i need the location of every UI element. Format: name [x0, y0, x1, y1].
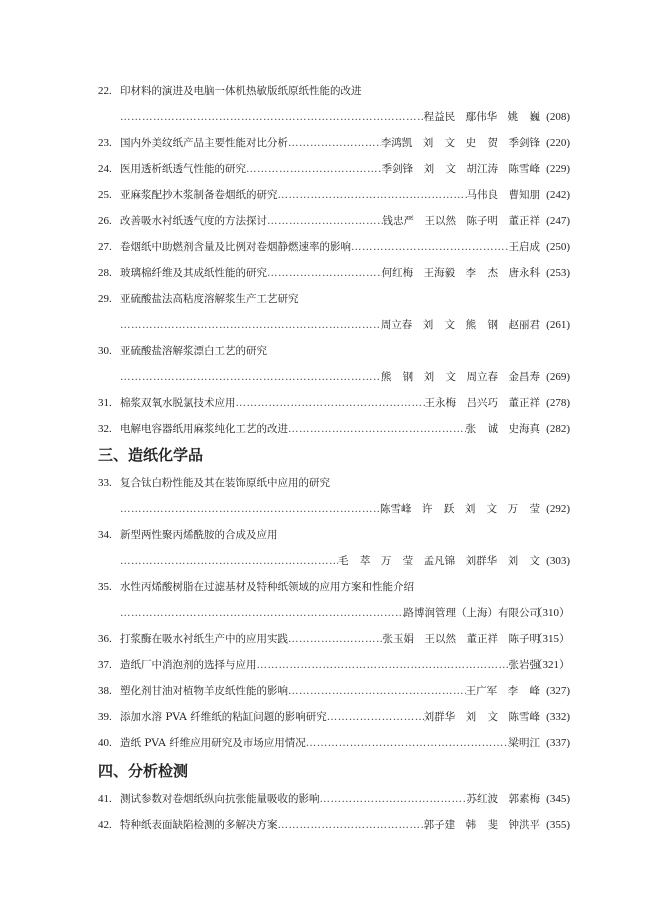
entry-number: 29. — [98, 290, 112, 308]
entry-page: (229) — [546, 160, 570, 178]
toc-entry-31[interactable]: 31. 棉浆双氧水脱氯技术应用王永梅 吕兴巧 董正祥 (278) — [0, 394, 650, 412]
leader-dots — [120, 552, 338, 570]
leader-dots — [288, 630, 383, 648]
leader-dots — [278, 186, 467, 204]
entry-authors: 毛 萃 万 莹 孟凡锦 刘群华 刘 文 — [338, 552, 540, 570]
entry-number: 34. — [98, 526, 112, 544]
entry-number: 39. — [98, 708, 112, 726]
entry-number: 32. — [98, 420, 112, 438]
entry-title: 水性丙烯酸树脂在过滤基材及特种纸领域的应用方案和性能介绍 — [120, 578, 414, 596]
entry-title: 玻璃棉纤维及其成纸性能的研究 — [120, 264, 267, 282]
toc-entry-35-authors: 路博润管理（上海）有限公司 （310） — [0, 604, 650, 622]
entry-authors: 刘群华 刘 文 陈雪峰 — [424, 708, 540, 726]
toc-entry-37[interactable]: 37. 造纸厂中消泡剂的选择与应用张岩强 （321） — [0, 656, 650, 674]
toc-entry-22-authors: 程益民 鄢伟华 姚 巍 (208) — [0, 108, 650, 126]
entry-authors: 梁明江 — [509, 734, 541, 752]
entry-number: 41. — [98, 790, 112, 808]
entry-number: 24. — [98, 160, 112, 178]
entry-page: (345) — [546, 790, 570, 808]
leader-dots — [306, 734, 509, 752]
leader-dots — [120, 316, 381, 334]
entry-title: 国内外美纹纸产品主要性能对比分析 — [120, 134, 288, 152]
entry-title: 亚硫酸盐法高粘度溶解浆生产工艺研究 — [120, 290, 299, 308]
entry-number: 25. — [98, 186, 112, 204]
entry-page: (355) — [546, 816, 570, 834]
toc-entry-34[interactable]: 34. 新型两性聚丙烯酰胺的合成及应用 — [0, 526, 650, 544]
entry-number: 36. — [98, 630, 112, 648]
toc-entry-42[interactable]: 42. 特种纸表面缺陷检测的多解决方案郭子建 韩 斐 钟洪平 (355) — [0, 816, 650, 834]
leader-dots — [120, 368, 381, 386]
leader-dots — [288, 682, 466, 700]
entry-page: (278) — [546, 394, 570, 412]
entry-title: 塑化剂甘油对植物羊皮纸性能的影响 — [120, 682, 288, 700]
entry-authors: 季剑锋 刘 文 胡江涛 陈雪峰 — [382, 160, 540, 178]
entry-authors: 陈雪峰 许 跃 刘 文 万 莹 — [380, 500, 540, 518]
leader-dots — [120, 108, 424, 126]
toc-entry-27[interactable]: 27. 卷烟纸中助燃剂含量及比例对卷烟静燃速率的影响王启成 (250) — [0, 238, 650, 256]
entry-authors: 马伟良 曹知朋 — [467, 186, 541, 204]
entry-authors: 王启成 — [509, 238, 541, 256]
toc-entry-33-authors: 陈雪峰 许 跃 刘 文 万 莹 (292) — [0, 500, 650, 518]
toc-entry-24[interactable]: 24. 医用透析纸透气性能的研究季剑锋 刘 文 胡江涛 陈雪峰 (229) — [0, 160, 650, 178]
entry-number: 42. — [98, 816, 112, 834]
entry-title: 棉浆双氧水脱氯技术应用 — [120, 394, 236, 412]
entry-authors: 苏红波 郭素梅 — [467, 790, 541, 808]
entry-authors: 熊 钢 刘 文 周立春 金昌寿 — [381, 368, 540, 386]
entry-page: (303) — [546, 552, 570, 570]
toc-entry-25[interactable]: 25. 亚麻浆配抄木浆制备卷烟纸的研究马伟良 曹知朋 (242) — [0, 186, 650, 204]
entry-number: 26. — [98, 212, 112, 230]
entry-number: 31. — [98, 394, 112, 412]
toc-entry-36[interactable]: 36. 打浆酶在吸水衬纸生产中的应用实践张玉娟 王以然 董正祥 陈子明 （315… — [0, 630, 650, 648]
entry-title: 电解电容器纸用麻浆纯化工艺的改进 — [120, 420, 288, 438]
toc-entry-41[interactable]: 41. 测试参数对卷烟纸纵向抗张能量吸收的影响苏红波 郭素梅 (345) — [0, 790, 650, 808]
entry-title: 添加水溶 PVA 纤维纸的粘缸问题的影响研究 — [120, 708, 327, 726]
entry-number: 40. — [98, 734, 112, 752]
leader-dots — [278, 816, 424, 834]
toc-entry-30-authors: 熊 钢 刘 文 周立春 金昌寿 (269) — [0, 368, 650, 386]
toc-entry-26[interactable]: 26. 改善吸水衬纸透气度的方法探讨钱忠严 王以然 陈子明 董正祥 (247) — [0, 212, 650, 230]
entry-title: 改善吸水衬纸透气度的方法探讨 — [120, 212, 267, 230]
entry-number: 38. — [98, 682, 112, 700]
leader-dots — [120, 500, 380, 518]
entry-page: (269) — [546, 368, 570, 386]
entry-title: 新型两性聚丙烯酰胺的合成及应用 — [120, 526, 278, 544]
toc-entry-32[interactable]: 32. 电解电容器纸用麻浆纯化工艺的改进张 诚 史海真 (282) — [0, 420, 650, 438]
toc-page: 22. 印材料的演进及电脑一体机热敏版纸原纸性能的改进 程益民 鄢伟华 姚 巍 … — [0, 0, 650, 919]
entry-title: 打浆酶在吸水衬纸生产中的应用实践 — [120, 630, 288, 648]
entry-title: 造纸 PVA 纤维应用研究及市场应用情况 — [120, 734, 306, 752]
entry-number: 28. — [98, 264, 112, 282]
entry-page: (282) — [546, 420, 570, 438]
toc-entry-29[interactable]: 29. 亚硫酸盐法高粘度溶解浆生产工艺研究 — [0, 290, 650, 308]
entry-title: 医用透析纸透气性能的研究 — [120, 160, 246, 178]
leader-dots — [120, 604, 404, 622]
toc-entry-22[interactable]: 22. 印材料的演进及电脑一体机热敏版纸原纸性能的改进 — [0, 82, 650, 100]
entry-page: (250) — [546, 238, 570, 256]
toc-entry-35[interactable]: 35. 水性丙烯酸树脂在过滤基材及特种纸领域的应用方案和性能介绍 — [0, 578, 650, 596]
entry-authors: 程益民 鄢伟华 姚 巍 — [424, 108, 540, 126]
entry-authors: 张玉娟 王以然 董正祥 陈子明 — [383, 630, 541, 648]
entry-authors: 王永梅 吕兴巧 董正祥 — [425, 394, 541, 412]
toc-entry-29-authors: 周立春 刘 文 熊 钢 赵丽君 (261) — [0, 316, 650, 334]
entry-page: (327) — [546, 682, 570, 700]
entry-page: （310） — [532, 604, 571, 622]
entry-title: 亚硫酸盐溶解浆漂白工艺的研究 — [120, 342, 267, 360]
entry-number: 33. — [98, 474, 112, 492]
leader-dots — [257, 656, 509, 674]
leader-dots — [236, 394, 425, 412]
entry-authors: 张 诚 史海真 — [466, 420, 540, 438]
toc-entry-39[interactable]: 39. 添加水溶 PVA 纤维纸的粘缸问题的影响研究刘群华 刘 文 陈雪峰 (3… — [0, 708, 650, 726]
entry-page: (337) — [546, 734, 570, 752]
entry-number: 23. — [98, 134, 112, 152]
entry-page: (292) — [546, 500, 570, 518]
leader-dots — [320, 790, 467, 808]
toc-entry-34-authors: 毛 萃 万 莹 孟凡锦 刘群华 刘 文 (303) — [0, 552, 650, 570]
entry-authors: 郭子建 韩 斐 钟洪平 — [424, 816, 540, 834]
leader-dots — [267, 212, 383, 230]
entry-number: 27. — [98, 238, 112, 256]
entry-authors: 李鸿凯 刘 文 史 贺 季剑锋 — [381, 134, 540, 152]
entry-authors: 路博润管理（上海）有限公司 — [404, 604, 541, 622]
entry-number: 22. — [98, 82, 112, 100]
section-heading-three: 三、造纸化学品 — [98, 444, 203, 466]
leader-dots — [351, 238, 509, 256]
entry-title: 测试参数对卷烟纸纵向抗张能量吸收的影响 — [120, 790, 320, 808]
leader-dots — [288, 420, 466, 438]
entry-page: (247) — [546, 212, 570, 230]
leader-dots — [288, 134, 381, 152]
section-heading-four: 四、分析检测 — [98, 760, 188, 782]
entry-page: (220) — [546, 134, 570, 152]
entry-title: 卷烟纸中助燃剂含量及比例对卷烟静燃速率的影响 — [120, 238, 351, 256]
entry-number: 35. — [98, 578, 112, 596]
entry-title: 复合钛白粉性能及其在装饰原纸中应用的研究 — [120, 474, 330, 492]
entry-authors: 王广军 李 峰 — [466, 682, 540, 700]
toc-entry-33[interactable]: 33. 复合钛白粉性能及其在装饰原纸中应用的研究 — [0, 474, 650, 492]
entry-number: 30. — [98, 342, 112, 360]
entry-page: (242) — [546, 186, 570, 204]
toc-entry-30[interactable]: 30. 亚硫酸盐溶解浆漂白工艺的研究 — [0, 342, 650, 360]
toc-entry-40[interactable]: 40. 造纸 PVA 纤维应用研究及市场应用情况梁明江 (337) — [0, 734, 650, 752]
leader-dots — [246, 160, 382, 178]
entry-page: (208) — [546, 108, 570, 126]
entry-page: (332) — [546, 708, 570, 726]
entry-authors: 何红梅 王海毅 李 杰 唐永科 — [382, 264, 540, 282]
entry-number: 37. — [98, 656, 112, 674]
leader-dots — [327, 708, 424, 726]
entry-page: （321） — [532, 656, 571, 674]
leader-dots — [267, 264, 382, 282]
entry-title: 造纸厂中消泡剂的选择与应用 — [120, 656, 257, 674]
toc-entry-23[interactable]: 23. 国内外美纹纸产品主要性能对比分析李鸿凯 刘 文 史 贺 季剑锋 (220… — [0, 134, 650, 152]
entry-title: 印材料的演进及电脑一体机热敏版纸原纸性能的改进 — [120, 82, 362, 100]
toc-entry-28[interactable]: 28. 玻璃棉纤维及其成纸性能的研究何红梅 王海毅 李 杰 唐永科 (253) — [0, 264, 650, 282]
toc-entry-38[interactable]: 38. 塑化剂甘油对植物羊皮纸性能的影响王广军 李 峰 (327) — [0, 682, 650, 700]
entry-title: 亚麻浆配抄木浆制备卷烟纸的研究 — [120, 186, 278, 204]
entry-authors: 周立春 刘 文 熊 钢 赵丽君 — [381, 316, 540, 334]
entry-page: (253) — [546, 264, 570, 282]
entry-page: （315） — [532, 630, 571, 648]
entry-title: 特种纸表面缺陷检测的多解决方案 — [120, 816, 278, 834]
entry-authors: 钱忠严 王以然 陈子明 董正祥 — [383, 212, 541, 230]
entry-page: (261) — [546, 316, 570, 334]
